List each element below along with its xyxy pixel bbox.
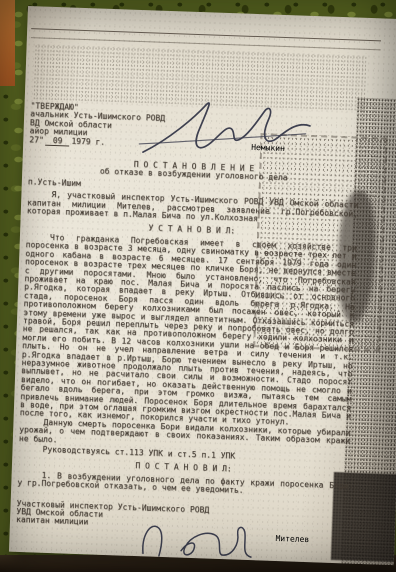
document-page: "ТВЕРЖДАЮ" ачальник Усть-Ишимского РОВД … xyxy=(9,6,396,565)
inspector-signature-name: Мителев xyxy=(275,534,309,544)
chief-signature xyxy=(134,94,326,173)
approval-date-day: 27" xyxy=(29,135,44,144)
photo-of-document: "ТВЕРЖДАЮ" ачальник Усть-Ишимского РОВД … xyxy=(0,0,396,572)
body-paragraph-1: Что гражданка Погребовская имеет в своем… xyxy=(20,233,357,429)
inspector-signature xyxy=(129,515,266,568)
document-text: "ТВЕРЖДАЮ" ачальник Усть-Ишимского РОВД … xyxy=(9,6,396,565)
approval-date-month: 09 xyxy=(46,135,70,146)
chief-signature-name: Немыкин xyxy=(251,143,285,153)
approval-date-year: 1979 г. xyxy=(71,136,105,146)
table-edge xyxy=(0,0,15,86)
